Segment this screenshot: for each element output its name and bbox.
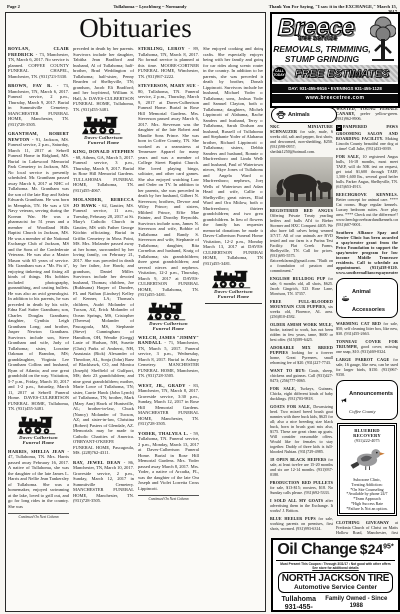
classified-bulldog: ENGLISH BULLDOG PUP for sale, 6 months o…: [270, 276, 333, 296]
classified-southern-alliance: Southern Alliance Spay and Neuter Clinic…: [336, 230, 398, 275]
locomotive-icon: [82, 116, 126, 135]
free-estimates-text: FREE ESTIMATES: [286, 68, 398, 80]
shop-name: NORTH JACKSON TIRE: [279, 574, 392, 584]
classified-body: 10 registered Angus bulls, 16-18 months,…: [336, 154, 398, 189]
classified-mix-breed: ADORABLE MIX BREED PUPPIES looking for a…: [270, 345, 333, 365]
page-number: Page 2: [7, 4, 20, 9]
caption-line2: Funeral Home: [153, 326, 185, 331]
breece-website-bar: www.breecetree.com: [272, 94, 398, 103]
breece-services-line2: STUMP GRINDING: [272, 54, 372, 64]
classified-cat-bed: WARMING CAT BED for sale, $50; self clea…: [336, 321, 398, 336]
breece-services-line1: REMOVALS, TRIMMING,: [272, 44, 372, 54]
classified-heifers: 18 OPEN BLACK HEIFERS for sale, at least…: [270, 457, 333, 477]
obit-body: - 59, Tullahoma, TN. Funeral service, 2 …: [138, 431, 199, 491]
obit-name: STERLING, LEROY: [138, 46, 185, 51]
fine-print: *Up to 5 qts. Bulk Oil Only: [320, 610, 393, 612]
obituary-ray: RAY, JEWEL DEAN - 86, Manchester, TN, Ma…: [73, 460, 134, 504]
classified-work-mule: OLDER AMISH WORK MULE, broke, trained to…: [270, 322, 333, 342]
obituary-grantham: GRANTHAM, ROBERT NEWTON - 91, Jackson, M…: [8, 131, 69, 412]
obituary-brown: BROWN, FAY R. - 73, Manchester, TN, Marc…: [8, 83, 69, 127]
continued-note: Continued On Next Column: [138, 495, 199, 501]
obituary-molander: MOLANDER, REBECCA JO HAWK - 62, Gautier,…: [73, 197, 134, 456]
tree-icon: [370, 15, 396, 63]
breece-phone-bar: DAY: 931-455-9516 • EVENINGS 931-455-112…: [272, 84, 398, 93]
free-estimates-band: CALL TODAY! FREE ESTIMATES: [272, 65, 398, 82]
continued-note: Continued On Next Column: [8, 513, 69, 519]
funeral-home-caption: Daves-CulbertsonFuneral Home: [203, 289, 263, 299]
obituary-harris: HARRIS, SHELIA JEAN - 47, Tullahoma, TN.…: [8, 449, 69, 510]
obituary-harris-continuation: preceded in death by her parents. Surviv…: [73, 46, 134, 112]
obit-body: - 62, Gautier, MS. Funeral service, 11 a…: [73, 203, 134, 456]
obit-name: RAY, JEWEL DEAN: [73, 460, 121, 465]
paw-icon: [276, 110, 286, 120]
obit-name: HARRIS, SHELIA JEAN: [8, 449, 65, 454]
animals-section-header: Animals: [271, 107, 337, 123]
obit-body: - 71, Manchester, TN, March 5, 2017. Fun…: [138, 340, 199, 378]
obituary-steverson: STEVERSON, MARY SUE - 80, Tullahoma, TN.…: [138, 83, 199, 298]
locomotive-icon: [147, 302, 191, 321]
classified-parrot-cage: LARGE PARROT CAGE for sale, 16 gauge, li…: [336, 357, 398, 377]
price-cents: 95: [383, 543, 391, 550]
daves-culbertson-logo: Daves-CulbertsonFuneral Home: [203, 270, 263, 299]
obit-body: - 80, Tullahoma, TN. Funeral service, 2 …: [138, 83, 199, 297]
oil-change-ad: Oil Change $2495* Must Present This Coup…: [271, 538, 400, 612]
pet-bowl-icon: [341, 294, 350, 303]
price-dollars: $24: [360, 541, 383, 557]
obituary-boylan: BOYLAN, CLAIR FREDRICK - 73, Manchester,…: [8, 46, 69, 79]
announcements-header: AnnouncementsCoffee County: [336, 380, 398, 420]
classified-pampered-paws: ✂PAMPERED PAWS GROOMING SALON AND BOARDI…: [336, 124, 398, 151]
obit-name: KING, DONALD STEPHEN: [73, 149, 134, 154]
edition-title: Tullahoma ~ Lynchburg ~ Normandy: [90, 4, 210, 9]
obituary-west: WEST, JR., GRADY - 83, Manchester, TN, M…: [138, 383, 199, 427]
obit-body: - 89, Tullahoma, TN, March 8, 2017. No f…: [138, 46, 199, 79]
obit-body: - 91, Jackson, MS. Funeral service, 2 p.…: [8, 137, 69, 412]
shop-city: Tullahoma: [282, 596, 316, 603]
classified-goats: GOATS FOR SALE, Downsizing herd. Two mix…: [270, 404, 333, 454]
accessories-header-line2: Accessories: [352, 307, 385, 313]
daves-culbertson-logo: Daves-CulbertsonFuneral Home: [8, 416, 69, 445]
bluebird-recovery-ad: BLUEBIRD RECOVERY (931)222-4075 Suboxone…: [337, 423, 397, 516]
bluebird-title: BLUEBIRD RECOVERY: [340, 428, 394, 438]
locomotive-icon: [212, 270, 256, 289]
oil-change-price: $2495*: [360, 541, 394, 557]
obituaries-section: Obituaries BOYLAN, CLAIR FREDRICK - 73, …: [5, 12, 266, 612]
classified-body: for sale, $13-$15; roosters, $18. No Sun…: [270, 485, 333, 495]
classified-lead: Southern Alliance Spay and Neuter Clinic…: [336, 230, 398, 275]
obit-name: STEVERSON, MARY SUE: [138, 83, 196, 88]
obit-body: - 73, Manchester, TN, March 6, 2017. Fun…: [8, 83, 69, 127]
breece-tree-service-ad: Breece tree service REMOVALS, TRIMMING, …: [270, 12, 400, 108]
classified-tonneau: TONNEAU COVER FOR TRIUMPH, good cover, m…: [336, 339, 398, 354]
obit-body: - 47, Tullahoma, TN. Mrs. Harris passed …: [8, 449, 69, 509]
shop-phone: 931-455-8592: [285, 604, 313, 613]
breece-tagline: tree service: [298, 35, 337, 42]
funeral-home-caption: Daves-CulbertsonFuneral Home: [8, 435, 69, 445]
obit-body: - 83, Manchester, TN, March 8, 2017. Gra…: [138, 383, 199, 427]
cattle-photo: [270, 157, 333, 207]
classified-clothing-giveaway: CLOTHING GIVEAWAY at Fredonia Church of …: [336, 520, 398, 535]
obituary-welch: WELCH, JAMES "JIMMY" RANDALL - 71, Manch…: [138, 335, 199, 379]
obituary-yoder-continuation: She enjoyed cooking and doing crafts. Sh…: [203, 46, 263, 266]
classified-beechgrove: BEECHGROVE KENNELS. Better concept for a…: [336, 192, 398, 227]
shop-name-box: NORTH JACKSON TIRE Automotive Service Ce…: [278, 572, 393, 593]
obituary-column-2: preceded in death by her parents. Surviv…: [73, 46, 134, 608]
megaphone-icon: [341, 396, 347, 405]
obituary-column-1: BOYLAN, CLAIR FREDRICK - 73, Manchester,…: [8, 46, 69, 608]
coupon-details: See store for additional details: [273, 566, 398, 570]
family-owned-text: Family Owned - Since 1988: [320, 596, 393, 610]
classified-turkeys: FOR SALE, Turkeys, Guineas, Chicks, eigh…: [270, 386, 333, 401]
shop-location-phone: Tullahoma931-455-8592: [278, 596, 320, 612]
daves-culbertson-logo: Daves-CulbertsonFuneral Home: [138, 302, 199, 331]
obit-name: BROWN, FAY R.: [8, 83, 52, 88]
classified-angus-bulls: FOR SALE, 10 registered Angus bulls, 16-…: [336, 154, 398, 189]
obit-body: - 86, Manchester, TN, March 10, 2017. Gr…: [73, 460, 134, 504]
bluebird-icon: [348, 443, 386, 473]
obit-name: YODER, THALYEA L.: [138, 431, 188, 436]
call-today-badge: CALL TODAY!: [273, 67, 286, 80]
accessories-header-line1: Animal: [352, 289, 371, 295]
daves-culbertson-logo: Daves-CulbertsonFuneral Home: [73, 116, 134, 145]
caption-line2: Funeral Home: [218, 294, 250, 299]
classified-sold-goats: I SOLD ALL MY GOATS after advertising th…: [270, 498, 333, 513]
obit-body: She enjoyed cooking and doing crafts. Sh…: [203, 46, 263, 266]
animal-accessories-header: AnimalAccessories: [336, 278, 398, 318]
price-star: *: [391, 543, 394, 550]
classified-body: broke, trained to work, has not been rid…: [270, 327, 333, 342]
caption-line2: Funeral Home: [23, 440, 55, 445]
classified-body: Better concept for animal care. **** Cat…: [336, 197, 398, 227]
classifieds-right-column: WANTED, YOUNG FEMALE CANARY, prefer yell…: [336, 106, 398, 535]
classified-pullets: PRODUCTION RED PULLETS for sale, $13-$15…: [270, 480, 333, 495]
locomotive-icon: [17, 416, 61, 435]
obituary-king: KING, DONALD STEPHEN - 68, Athens, GA, M…: [73, 149, 134, 193]
classified-lead: FREE FULL-BLOODED MOUNTAIN CUR PUPPIES,: [270, 299, 333, 309]
obit-body: preceded in death by her parents. Surviv…: [73, 46, 134, 112]
obituary-yoder: YODER, THALYEA L. - 59, Tullahoma, TN. F…: [138, 431, 199, 492]
obituaries-columns: BOYLAN, CLAIR FREDRICK - 73, Manchester,…: [8, 46, 263, 608]
shop-subtitle: Automotive Service Center: [279, 584, 392, 591]
funeral-home-caption: Daves-CulbertsonFuneral Home: [138, 321, 199, 331]
classifieds-left-column: NKC MINIATURE SCHNAUZER for sale, male, …: [270, 124, 333, 535]
classified-body: Downsizing herd. Two mixed breed brush g…: [270, 404, 333, 454]
classified-schnauzer: NKC MINIATURE SCHNAUZER for sale, male, …: [270, 124, 333, 154]
classified-blue-heeler: BLUE HEELER PUPS for sale, working paren…: [270, 516, 333, 531]
oil-change-title: Oil Change: [277, 541, 356, 559]
bluebird-bullet5: *Failure Is Not an option.: [340, 507, 394, 512]
classified-want-to-buy: WANT TO BUY: Goats, sheep, chickens and …: [270, 368, 333, 383]
classified-red-angus: REGISTERED RED ANGUS Offering Private Tr…: [270, 208, 333, 273]
obit-name: WEST, JR., GRADY: [138, 383, 186, 388]
classified-body: Offering Private Treaty yearling heifers…: [270, 213, 333, 273]
animals-header-label: Animals: [288, 112, 310, 118]
obituary-column-3: STERLING, LEROY - 89, Tullahoma, TN, Mar…: [138, 46, 199, 608]
obituary-sterling: STERLING, LEROY - 89, Tullahoma, TN, Mar…: [138, 46, 199, 79]
obit-body: - 68, Athens, GA, March 5, 2017. Funeral…: [73, 155, 134, 193]
funeral-home-caption: Daves-CulbertsonFuneral Home: [73, 135, 134, 145]
obituary-column-4: She enjoyed cooking and doing crafts. Sh…: [203, 46, 263, 608]
column-end-divider: [205, 303, 262, 304]
classified-canary: WANTED, YOUNG FEMALE CANARY, prefer yell…: [336, 106, 398, 121]
caption-line2: Funeral Home: [88, 140, 120, 145]
announcements-header-line1: Announcements: [349, 391, 393, 397]
obituaries-title: Obituaries: [6, 13, 265, 44]
newspaper-page: Page 2 Tullahoma ~ Lynchburg ~ Normandy …: [0, 0, 400, 614]
announcements-header-line2: Coffee County: [349, 409, 375, 414]
classified-mountain-cur: FREE FULL-BLOODED MOUNTAIN CUR PUPPIES, …: [270, 299, 333, 319]
